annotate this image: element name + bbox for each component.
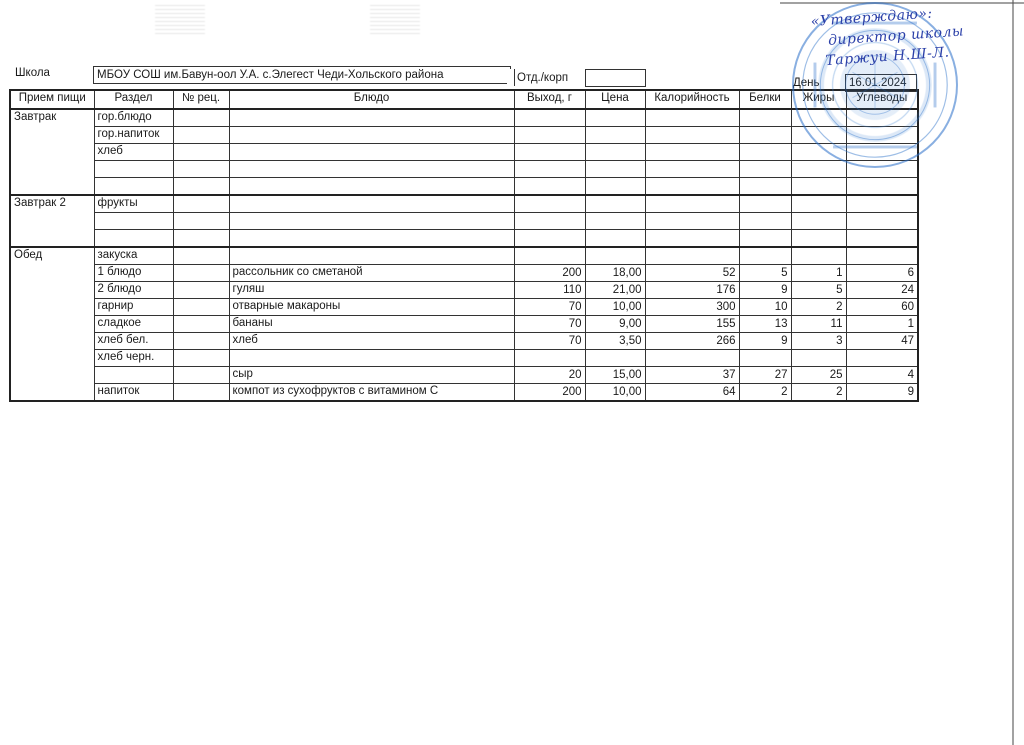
price-cell: 21,00	[585, 282, 645, 299]
signature-line: Таржуи Н.Ш-Л.	[811, 40, 987, 72]
fat-cell: 3	[791, 333, 846, 350]
yield-cell	[514, 178, 585, 196]
yield-cell: 70	[514, 333, 585, 350]
yield-cell	[514, 127, 585, 144]
table-row: сыр2015,003727254	[10, 367, 918, 384]
carbs-cell	[846, 350, 918, 367]
table-row	[10, 213, 918, 230]
dish-cell: сыр	[229, 367, 514, 384]
table-row: Завтрак 2фрукты	[10, 195, 918, 213]
recipe-cell	[173, 195, 229, 213]
carbs-cell	[846, 144, 918, 161]
table-header-row: Прием пищи Раздел № рец. Блюдо Выход, г …	[10, 90, 918, 109]
price-cell	[585, 109, 645, 127]
fat-cell	[791, 127, 846, 144]
section-cell: закуска	[94, 247, 173, 265]
col-header-dish: Блюдо	[229, 90, 514, 109]
calories-cell: 155	[645, 316, 739, 333]
carbs-cell: 24	[846, 282, 918, 299]
col-header-yield: Выход, г	[514, 90, 585, 109]
price-cell: 18,00	[585, 265, 645, 282]
section-cell	[94, 213, 173, 230]
price-cell	[585, 127, 645, 144]
yield-cell: 20	[514, 367, 585, 384]
protein-cell	[739, 195, 791, 213]
protein-cell: 5	[739, 265, 791, 282]
col-header-price: Цена	[585, 90, 645, 109]
calories-cell	[645, 144, 739, 161]
protein-cell	[739, 161, 791, 178]
recipe-cell	[173, 127, 229, 144]
scan-artifact	[370, 4, 420, 34]
fat-cell	[791, 230, 846, 248]
protein-cell: 9	[739, 282, 791, 299]
table-row: хлеб бел.хлеб703,502669347	[10, 333, 918, 350]
table-row: хлеб черн.	[10, 350, 918, 367]
dish-cell	[229, 144, 514, 161]
carbs-cell	[846, 178, 918, 196]
col-header-recipe: № рец.	[173, 90, 229, 109]
day-label: День	[793, 76, 820, 90]
table-row: напитоккомпот из сухофруктов с витамином…	[10, 384, 918, 402]
protein-cell	[739, 178, 791, 196]
section-cell: гарнир	[94, 299, 173, 316]
section-cell: хлеб	[94, 144, 173, 161]
section-cell: напиток	[94, 384, 173, 402]
protein-cell: 9	[739, 333, 791, 350]
fat-cell: 2	[791, 299, 846, 316]
yield-cell	[514, 213, 585, 230]
table-row	[10, 178, 918, 196]
section-cell: хлеб черн.	[94, 350, 173, 367]
recipe-cell	[173, 299, 229, 316]
meal-cell: Завтрак 2	[10, 195, 94, 247]
dish-cell: рассольник со сметаной	[229, 265, 514, 282]
recipe-cell	[173, 316, 229, 333]
fat-cell: 25	[791, 367, 846, 384]
price-cell: 15,00	[585, 367, 645, 384]
dish-cell: гуляш	[229, 282, 514, 299]
yield-cell	[514, 161, 585, 178]
calories-cell	[645, 230, 739, 248]
meal-cell: Завтрак	[10, 109, 94, 195]
calories-cell	[645, 213, 739, 230]
protein-cell	[739, 230, 791, 248]
col-header-fat: Жиры	[791, 90, 846, 109]
table-row: 1 блюдорассольник со сметаной20018,00525…	[10, 265, 918, 282]
protein-cell: 27	[739, 367, 791, 384]
protein-cell: 2	[739, 384, 791, 402]
scan-edge-right	[1012, 0, 1014, 745]
price-cell: 10,00	[585, 299, 645, 316]
dish-cell	[229, 247, 514, 265]
dish-cell: отварные макароны	[229, 299, 514, 316]
price-cell	[585, 213, 645, 230]
calories-cell: 300	[645, 299, 739, 316]
price-cell	[585, 161, 645, 178]
carbs-cell: 1	[846, 316, 918, 333]
fat-cell	[791, 195, 846, 213]
fat-cell	[791, 144, 846, 161]
protein-cell: 13	[739, 316, 791, 333]
yield-cell	[514, 144, 585, 161]
recipe-cell	[173, 178, 229, 196]
yield-cell: 110	[514, 282, 585, 299]
section-cell: гор.напиток	[94, 127, 173, 144]
calories-cell: 37	[645, 367, 739, 384]
dish-cell	[229, 178, 514, 196]
protein-cell	[739, 127, 791, 144]
protein-cell	[739, 350, 791, 367]
table-row: сладкоебананы709,0015513111	[10, 316, 918, 333]
yield-cell: 70	[514, 299, 585, 316]
section-cell: сладкое	[94, 316, 173, 333]
dish-cell: компот из сухофруктов с витамином С	[229, 384, 514, 402]
protein-cell	[739, 144, 791, 161]
recipe-cell	[173, 350, 229, 367]
signature-line: «Утверждаю»:	[808, 0, 984, 32]
price-cell	[585, 230, 645, 248]
table-row: 2 блюдогуляш11021,001769524	[10, 282, 918, 299]
section-cell: фрукты	[94, 195, 173, 213]
protein-cell	[739, 247, 791, 265]
carbs-cell: 47	[846, 333, 918, 350]
dish-cell	[229, 213, 514, 230]
section-cell	[94, 178, 173, 196]
carbs-cell	[846, 161, 918, 178]
dish-cell	[229, 161, 514, 178]
price-cell	[585, 350, 645, 367]
school-field-edge	[507, 69, 515, 86]
dish-cell: хлеб	[229, 333, 514, 350]
section-cell: гор.блюдо	[94, 109, 173, 127]
fat-cell: 5	[791, 282, 846, 299]
protein-cell	[739, 109, 791, 127]
calories-cell	[645, 195, 739, 213]
section-cell: 2 блюдо	[94, 282, 173, 299]
menu-table: Прием пищи Раздел № рец. Блюдо Выход, г …	[9, 89, 919, 402]
calories-cell	[645, 247, 739, 265]
table-row: гор.напиток	[10, 127, 918, 144]
carbs-cell	[846, 109, 918, 127]
calories-cell	[645, 350, 739, 367]
meal-cell: Обед	[10, 247, 94, 401]
signature-line: директор школы	[810, 20, 986, 52]
recipe-cell	[173, 109, 229, 127]
recipe-cell	[173, 247, 229, 265]
recipe-cell	[173, 333, 229, 350]
calories-cell: 266	[645, 333, 739, 350]
fat-cell	[791, 213, 846, 230]
yield-cell: 200	[514, 384, 585, 402]
recipe-cell	[173, 213, 229, 230]
col-header-calories: Калорийность	[645, 90, 739, 109]
yield-cell	[514, 109, 585, 127]
dish-cell	[229, 195, 514, 213]
calories-cell	[645, 127, 739, 144]
protein-cell: 10	[739, 299, 791, 316]
section-cell: хлеб бел.	[94, 333, 173, 350]
dish-cell: бананы	[229, 316, 514, 333]
calories-cell	[645, 178, 739, 196]
school-label: Школа	[15, 66, 50, 80]
recipe-cell	[173, 367, 229, 384]
dish-cell	[229, 350, 514, 367]
price-cell	[585, 195, 645, 213]
protein-cell	[739, 213, 791, 230]
fat-cell	[791, 161, 846, 178]
price-cell	[585, 144, 645, 161]
calories-cell: 176	[645, 282, 739, 299]
table-row: гарниротварные макароны7010,0030010260	[10, 299, 918, 316]
fat-cell: 2	[791, 384, 846, 402]
table-row	[10, 230, 918, 248]
recipe-cell	[173, 265, 229, 282]
department-label: Отд./корп	[517, 71, 568, 85]
fat-cell: 1	[791, 265, 846, 282]
department-field	[585, 69, 646, 87]
table-row: Завтракгор.блюдо	[10, 109, 918, 127]
yield-cell	[514, 247, 585, 265]
recipe-cell	[173, 282, 229, 299]
approval-signature: «Утверждаю»: директор школы Таржуи Н.Ш-Л…	[808, 0, 987, 72]
col-header-carbs: Углеводы	[846, 90, 918, 109]
calories-cell: 52	[645, 265, 739, 282]
carbs-cell: 4	[846, 367, 918, 384]
fat-cell	[791, 247, 846, 265]
col-header-section: Раздел	[94, 90, 173, 109]
price-cell: 3,50	[585, 333, 645, 350]
fat-cell	[791, 178, 846, 196]
yield-cell	[514, 230, 585, 248]
fat-cell: 11	[791, 316, 846, 333]
recipe-cell	[173, 384, 229, 402]
dish-cell	[229, 109, 514, 127]
carbs-cell	[846, 195, 918, 213]
price-cell	[585, 178, 645, 196]
carbs-cell: 6	[846, 265, 918, 282]
table-row	[10, 161, 918, 178]
fat-cell	[791, 109, 846, 127]
table-row: хлеб	[10, 144, 918, 161]
carbs-cell: 60	[846, 299, 918, 316]
price-cell: 9,00	[585, 316, 645, 333]
col-header-protein: Белки	[739, 90, 791, 109]
section-cell	[94, 367, 173, 384]
table-row: Обедзакуска	[10, 247, 918, 265]
col-header-meal: Прием пищи	[10, 90, 94, 109]
yield-cell: 70	[514, 316, 585, 333]
yield-cell: 200	[514, 265, 585, 282]
section-cell	[94, 161, 173, 178]
section-cell: 1 блюдо	[94, 265, 173, 282]
recipe-cell	[173, 144, 229, 161]
carbs-cell	[846, 127, 918, 144]
section-cell	[94, 230, 173, 248]
scan-artifact	[155, 4, 205, 34]
carbs-cell	[846, 247, 918, 265]
dish-cell	[229, 230, 514, 248]
calories-cell: 64	[645, 384, 739, 402]
carbs-cell	[846, 213, 918, 230]
calories-cell	[645, 109, 739, 127]
carbs-cell	[846, 230, 918, 248]
yield-cell	[514, 195, 585, 213]
school-field: МБОУ СОШ им.Бавун-оол У.А. с.Элегест Чед…	[93, 66, 511, 84]
dish-cell	[229, 127, 514, 144]
price-cell: 10,00	[585, 384, 645, 402]
price-cell	[585, 247, 645, 265]
carbs-cell: 9	[846, 384, 918, 402]
recipe-cell	[173, 161, 229, 178]
scan-edge-top	[780, 2, 1024, 4]
recipe-cell	[173, 230, 229, 248]
yield-cell	[514, 350, 585, 367]
fat-cell	[791, 350, 846, 367]
calories-cell	[645, 161, 739, 178]
